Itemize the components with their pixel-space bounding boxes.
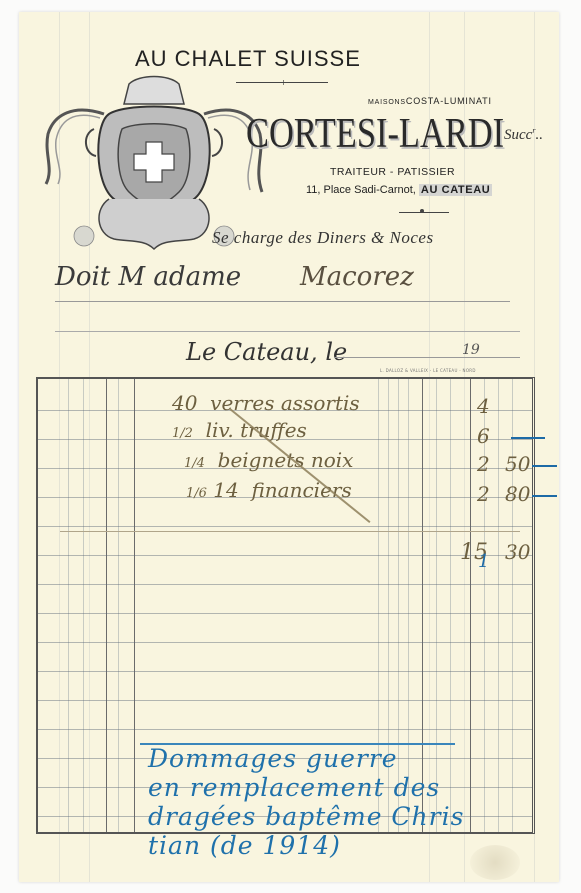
printer-mark: L. DALLOZ & VALLEIX - LE CATEAU - NORD [380, 368, 476, 373]
sum-rule [60, 531, 520, 532]
total-centimes: 30 [505, 540, 530, 564]
doit-text: Doit M [55, 262, 145, 292]
address-line: 11, Place Sadi-Carnot, AU CATEAU [306, 184, 492, 196]
swiss-cross-crest-icon [34, 74, 274, 254]
note-line: tian (de 1914) [148, 831, 464, 860]
successor-label: Succr.. [504, 126, 543, 144]
grid-line [512, 379, 513, 832]
business-title: AU CHALET SUISSE [135, 46, 361, 72]
item-francs: 2 [477, 452, 490, 476]
row-line [38, 700, 532, 701]
item-qty: 1/4 [184, 456, 205, 471]
item-qty: 40 [172, 391, 197, 415]
trade-line: TRAITEUR - PATISSIER [330, 166, 455, 178]
maisons-line: MAISONSCOSTA-LUMINATI [368, 96, 492, 106]
succ-dots: .. [535, 127, 543, 143]
note-line: en remplacement des [148, 773, 464, 802]
place-date-label: Le Cateau, le [186, 338, 347, 366]
row-line [38, 671, 532, 672]
doit-label: Doit M adame [55, 262, 241, 292]
grid-line [498, 379, 499, 832]
item-centimes: 50 [505, 452, 530, 476]
row-line [38, 526, 532, 527]
street-address: 11, Place Sadi-Carnot, [306, 184, 416, 196]
row-line [38, 729, 532, 730]
paper-stain [470, 845, 520, 880]
ornament-mark: + [280, 78, 287, 87]
row-line [38, 555, 532, 556]
address-rule [55, 331, 520, 332]
ornament-dot [420, 209, 424, 213]
item-qty: 1/2 [172, 426, 193, 441]
column-divider [470, 379, 471, 832]
blue-mark: 1 [478, 551, 489, 572]
line-item: 1/6 14 financiers [186, 478, 352, 502]
grid-line [118, 379, 119, 832]
check-tick [532, 495, 557, 497]
maisons-names: COSTA-LUMINATI [406, 96, 492, 106]
grid-line [83, 379, 84, 832]
handwritten-note: Dommages guerre en remplacement des drag… [148, 744, 464, 860]
check-tick [511, 437, 545, 439]
note-line: Dommages guerre [148, 744, 464, 773]
row-line [38, 613, 532, 614]
tagline: Se charge des Diners & Noces [212, 228, 434, 248]
title-handwritten: adame [153, 262, 241, 292]
item-centimes: 80 [505, 482, 530, 506]
address-rule [55, 301, 510, 302]
item-desc: beignets noix [218, 448, 354, 472]
row-line [38, 642, 532, 643]
grid-line [68, 379, 69, 832]
column-divider [134, 379, 135, 832]
item-qty: 14 [213, 478, 238, 502]
item-francs: 4 [477, 394, 490, 418]
check-tick [532, 465, 557, 467]
line-item: 40 verres assortis [172, 391, 360, 415]
client-name: Macorez [300, 262, 414, 292]
item-desc: financiers [251, 478, 351, 502]
maisons-prefix: MAISONS [368, 99, 406, 106]
row-line [38, 584, 532, 585]
item-francs: 6 [477, 424, 490, 448]
line-item: 1/4 beignets noix [184, 448, 353, 472]
brand-name: CORTESI-LARDI [246, 113, 504, 155]
line-item: 1/2 liv. truffes [172, 418, 307, 442]
ornament-rule [399, 212, 449, 213]
note-line: dragées baptême Chris [148, 802, 464, 831]
item-qty-fraction: 1/6 [186, 486, 207, 501]
city-label: AU CATEAU [419, 184, 492, 196]
item-francs: 2 [477, 482, 490, 506]
column-divider [106, 379, 107, 832]
year-prefix: 19 [462, 342, 480, 358]
date-rule [334, 357, 520, 358]
succ-text: Succ [504, 127, 532, 143]
